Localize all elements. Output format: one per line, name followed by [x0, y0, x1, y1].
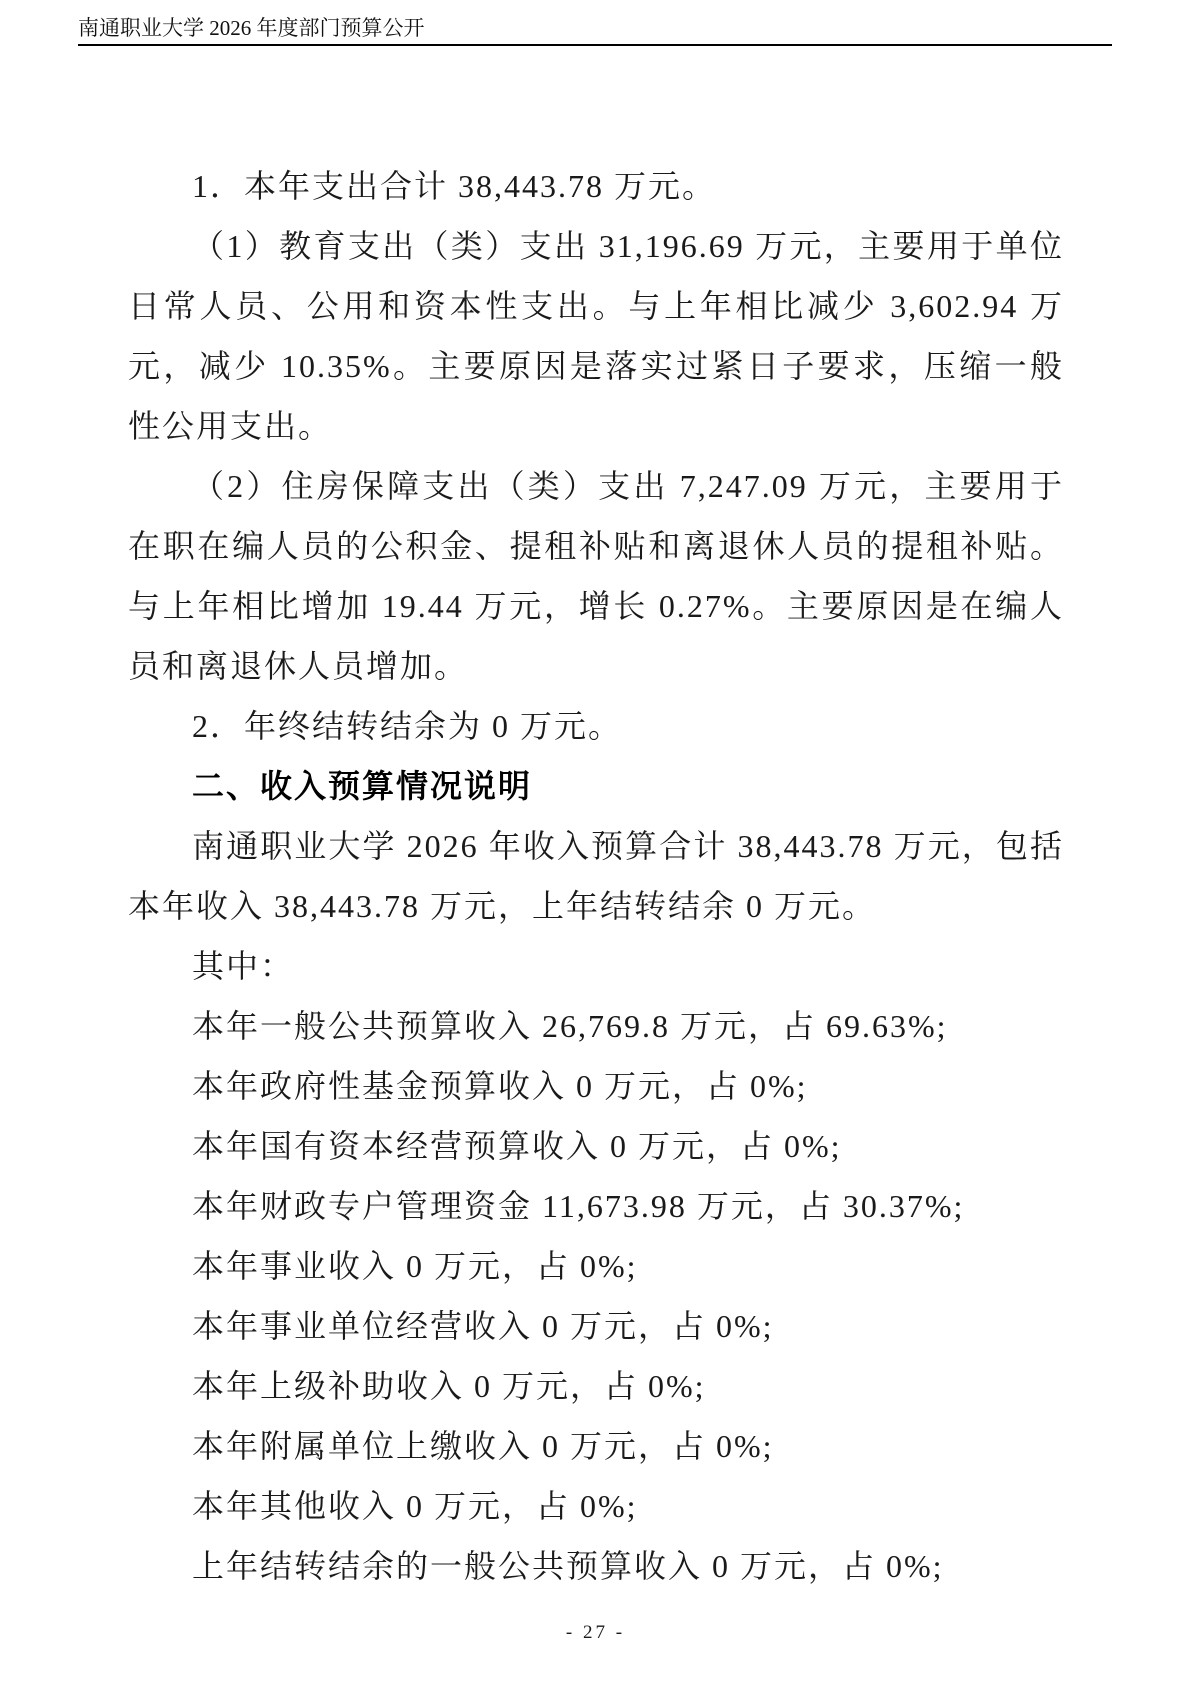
document-page: 南通职业大学 2026 年度部门预算公开 1．本年支出合计 38,443.78 … — [0, 0, 1191, 1684]
para-income-total: 南通职业大学 2026 年收入预算合计 38,443.78 万元，包括本年收入 … — [128, 816, 1064, 936]
para-housing-expenditure: （2）住房保障支出（类）支出 7,247.09 万元，主要用于在职在编人员的公积… — [128, 456, 1064, 696]
document-body: 1．本年支出合计 38,443.78 万元。 （1）教育支出（类）支出 31,1… — [128, 156, 1064, 1596]
para-total-expenditure: 1．本年支出合计 38,443.78 万元。 — [128, 156, 1064, 216]
para-income-institutional: 本年事业收入 0 万元，占 0%; — [128, 1236, 1064, 1296]
para-carryover-public-budget: 上年结转结余的一般公共预算收入 0 万元，占 0%; — [128, 1536, 1064, 1596]
section-heading-income-budget: 二、收入预算情况说明 — [128, 756, 1064, 816]
para-income-public-budget: 本年一般公共预算收入 26,769.8 万元，占 69.63%; — [128, 996, 1064, 1056]
para-income-superior-subsidy: 本年上级补助收入 0 万元，占 0%; — [128, 1356, 1064, 1416]
page-header: 南通职业大学 2026 年度部门预算公开 — [78, 15, 1112, 46]
para-year-end-balance: 2．年终结转结余为 0 万元。 — [128, 696, 1064, 756]
para-income-affiliate-remit: 本年附属单位上缴收入 0 万元，占 0%; — [128, 1416, 1064, 1476]
para-income-other: 本年其他收入 0 万元，占 0%; — [128, 1476, 1064, 1536]
para-education-expenditure: （1）教育支出（类）支出 31,196.69 万元，主要用于单位日常人员、公用和… — [128, 216, 1064, 456]
para-income-fiscal-account: 本年财政专户管理资金 11,673.98 万元，占 30.37%; — [128, 1176, 1064, 1236]
para-income-inst-operating: 本年事业单位经营收入 0 万元，占 0%; — [128, 1296, 1064, 1356]
para-income-gov-fund: 本年政府性基金预算收入 0 万元，占 0%; — [128, 1056, 1064, 1116]
para-income-state-capital: 本年国有资本经营预算收入 0 万元，占 0%; — [128, 1116, 1064, 1176]
page-number: - 27 - — [566, 1622, 625, 1643]
page-footer: - 27 - — [0, 1622, 1191, 1644]
para-breakdown-intro: 其中： — [128, 936, 1064, 996]
header-title: 南通职业大学 2026 年度部门预算公开 — [78, 16, 425, 40]
